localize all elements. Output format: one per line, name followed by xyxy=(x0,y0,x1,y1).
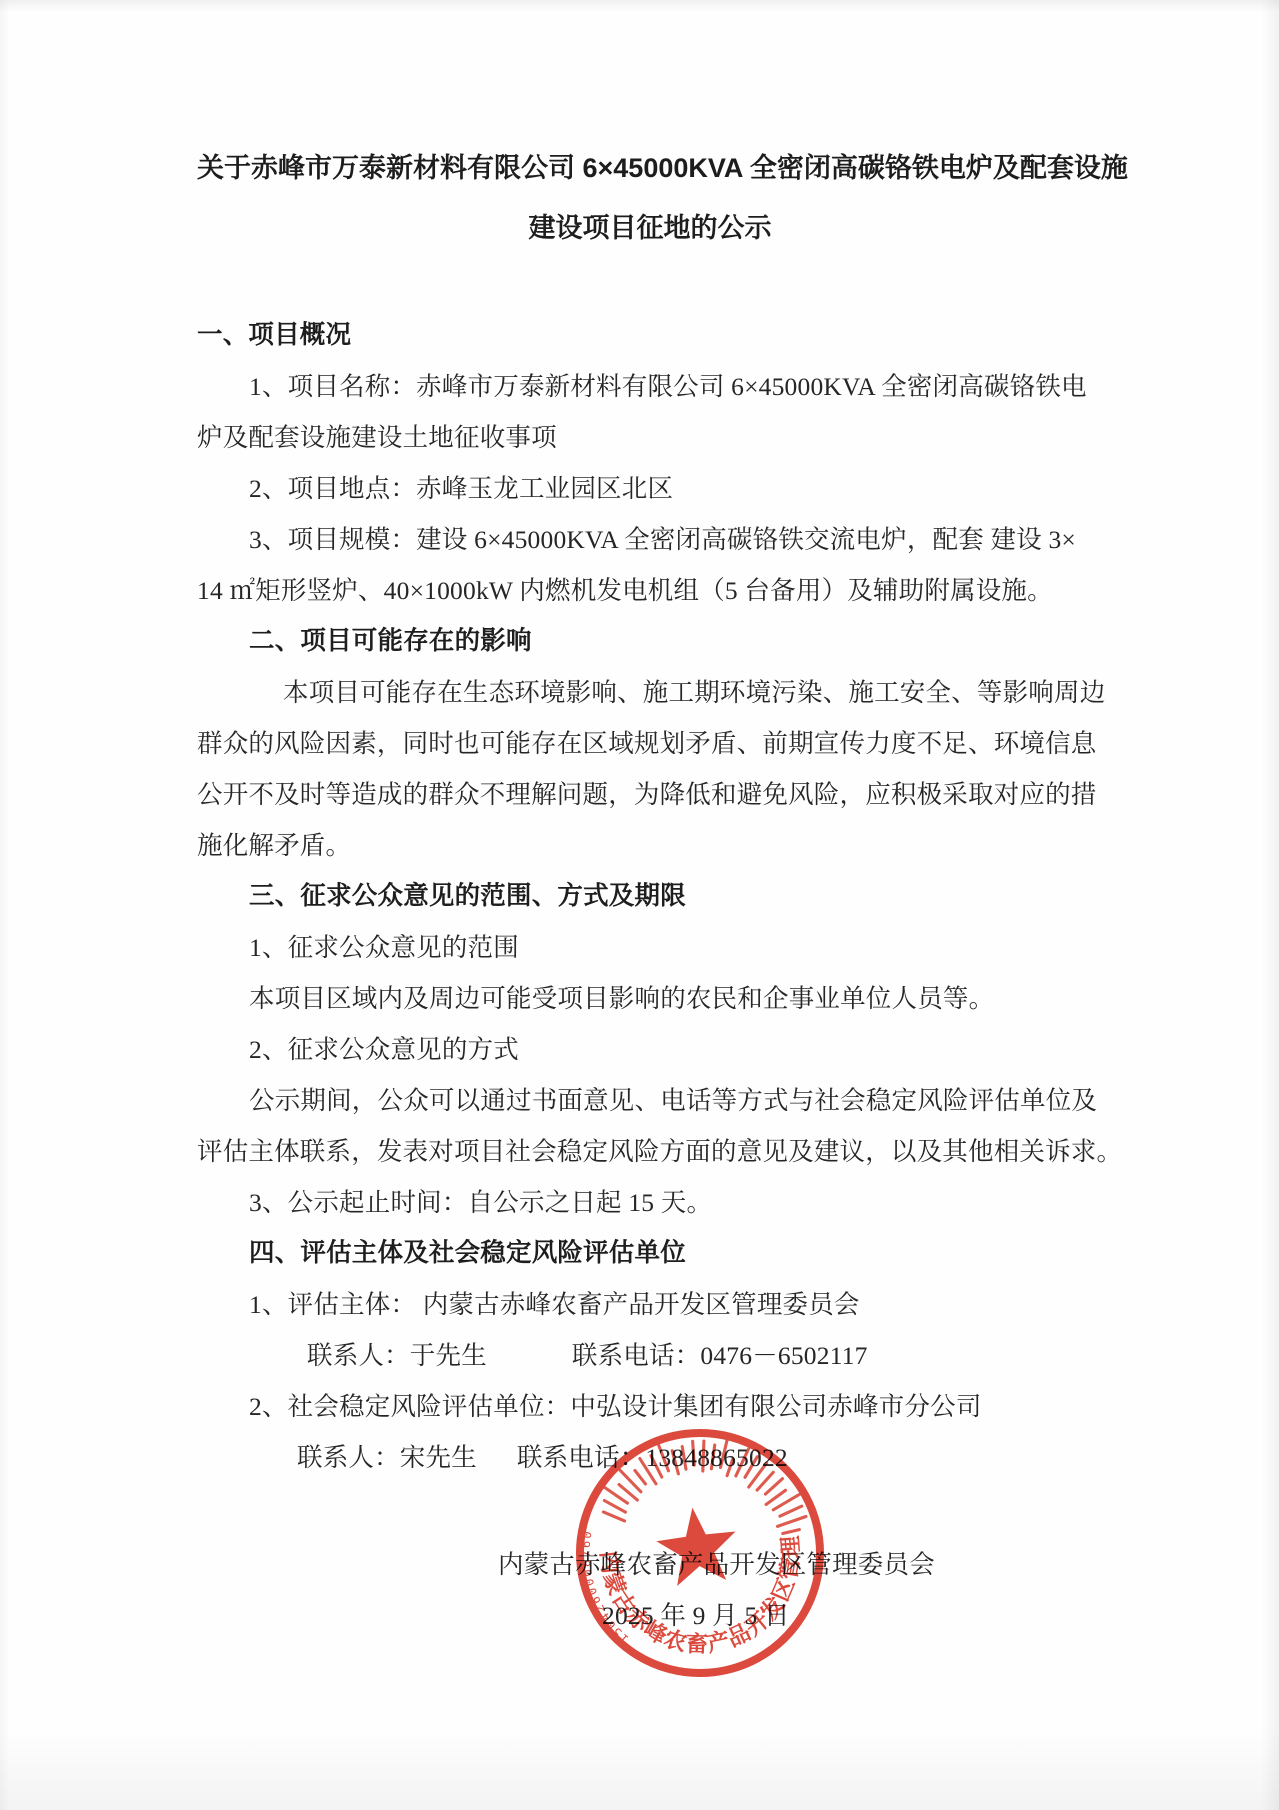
s4-item1-contact-line: 联系人：于先生联系电话：0476－6502117 xyxy=(197,1330,1103,1381)
s2-body-line3: 公开不及时等造成的群众不理解问题，为降低和避免风险，应积极采取对应的措 xyxy=(197,769,1103,820)
section-2-heading: 二、项目可能存在的影响 xyxy=(197,616,1103,667)
s2-body-line1: 本项目可能存在生态环境影响、施工期环境污染、施工安全、等影响周边 xyxy=(197,667,1103,718)
s1-item3-line1: 3、项目规模：建设 6×45000KVA 全密闭高碳铬铁交流电炉，配套 建设 3… xyxy=(197,514,1103,565)
s3-item2-body-line2: 评估主体联系，发表对项目社会稳定风险方面的意见及建议，以及其他相关诉求。 xyxy=(197,1126,1103,1177)
s3-item2: 2、征求公众意见的方式 xyxy=(197,1024,1103,1075)
section-1-heading: 一、项目概况 xyxy=(197,310,1103,361)
seal-star-icon xyxy=(653,1503,741,1588)
evaluator-contact-person: 联系人：宋先生 xyxy=(297,1443,477,1472)
s3-item1-body: 本项目区域内及周边可能受项目影响的农民和企事业单位人员等。 xyxy=(197,973,1103,1024)
document-title: 关于赤峰市万泰新材料有限公司 6×45000KVA 全密闭高碳铬铁电炉及配套设施… xyxy=(197,138,1103,258)
photo-edge-shading-left xyxy=(0,0,10,1810)
title-line-2: 建设项目征地的公示 xyxy=(197,198,1103,258)
s3-item2-body-line1: 公示期间，公众可以通过书面意见、电话等方式与社会稳定风险评估单位及 xyxy=(197,1075,1103,1126)
s1-item3-line2: 14 ㎡矩形竖炉、40×1000kW 内燃机发电机组（5 台备用）及辅助附属设施… xyxy=(197,565,1103,616)
official-seal: 内蒙古赤峰农畜产品开发区管理委员会 1504260008760 xyxy=(565,1418,835,1688)
title-line-1: 关于赤峰市万泰新材料有限公司 6×45000KVA 全密闭高碳铬铁电炉及配套设施 xyxy=(197,138,1103,198)
s4-item1: 1、评估主体： 内蒙古赤峰农畜产品开发区管理委员会 xyxy=(197,1279,1103,1330)
section-3-heading: 三、征求公众意见的范围、方式及期限 xyxy=(197,871,1103,922)
s2-body-line2: 群众的风险因素，同时也可能存在区域规划矛盾、前期宣传力度不足、环境信息 xyxy=(197,718,1103,769)
document-page: 关于赤峰市万泰新材料有限公司 6×45000KVA 全密闭高碳铬铁电炉及配套设施… xyxy=(0,0,1279,1810)
s1-item2: 2、项目地点：赤峰玉龙工业园区北区 xyxy=(197,463,1103,514)
assessor-contact-phone: 联系电话：0476－6502117 xyxy=(572,1341,868,1370)
photo-edge-shading-right xyxy=(1261,0,1279,1810)
document-body: 关于赤峰市万泰新材料有限公司 6×45000KVA 全密闭高碳铬铁电炉及配套设施… xyxy=(197,0,1103,1641)
s3-item3: 3、公示起止时间：自公示之日起 15 天。 xyxy=(197,1177,1103,1228)
s1-item1-line1: 1、项目名称：赤峰市万泰新材料有限公司 6×45000KVA 全密闭高碳铬铁电 xyxy=(197,361,1103,412)
s2-body-line4: 施化解矛盾。 xyxy=(197,820,1103,871)
assessor-contact-person: 联系人：于先生 xyxy=(307,1341,487,1370)
section-4-heading: 四、评估主体及社会稳定风险评估单位 xyxy=(197,1228,1103,1279)
s3-item1: 1、征求公众意见的范围 xyxy=(197,922,1103,973)
photo-edge-shading-bottom xyxy=(0,1730,1279,1810)
s1-item1-line2: 炉及配套设施建设土地征收事项 xyxy=(197,412,1103,463)
